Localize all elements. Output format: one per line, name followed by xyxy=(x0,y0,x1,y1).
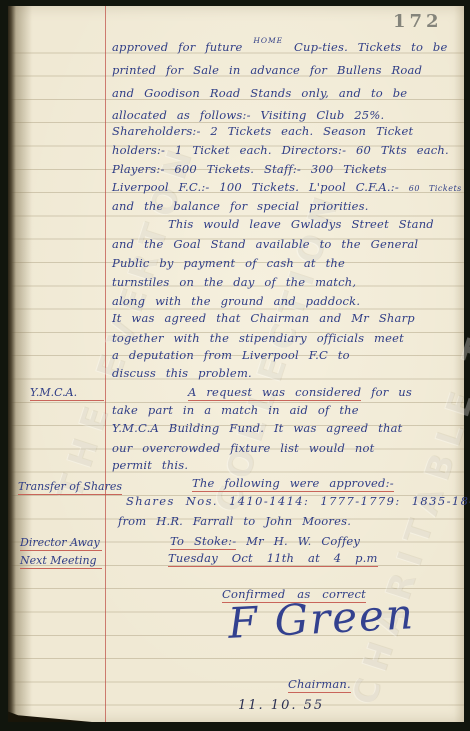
minute-line: turnstiles on the day of the match, xyxy=(112,275,356,289)
margin-note-ymca: Y.M.C.A. xyxy=(30,386,104,401)
minute-line: Liverpool F.C.:- 100 Tickets. L'pool C.F… xyxy=(112,180,462,194)
line-text: Liverpool F.C.:- 100 Tickets. L'pool C.F… xyxy=(112,180,399,194)
minute-line: The following were approved:- xyxy=(192,476,394,492)
minute-line: permit this. xyxy=(112,458,188,472)
minute-line: approved for future HOME Cup-ties. Ticke… xyxy=(112,40,448,54)
line-text: approved for future xyxy=(112,40,242,54)
margin-note-director-away: Director Away xyxy=(20,536,102,551)
minute-line: It was agreed that Chairman and Mr Sharp xyxy=(112,311,415,325)
minute-line: Players:- 600 Tickets. Staff:- 300 Ticke… xyxy=(112,162,387,176)
margin-note-transfer-of-shares: Transfer of Shares xyxy=(18,480,122,495)
underlined-text: To Stoke:- xyxy=(170,534,236,550)
red-margin-rule xyxy=(105,6,106,722)
page-number-stamp: 172 xyxy=(393,11,443,32)
minute-line: A request was considered for us xyxy=(188,385,412,399)
minute-line: allocated as follows:- Visiting Club 25%… xyxy=(112,108,384,122)
minute-line: our overcrowded fixture list would not xyxy=(112,441,374,455)
minute-line: along with the ground and paddock. xyxy=(112,294,360,308)
minute-line: Shareholders:- 2 Tickets each. Season Ti… xyxy=(112,124,413,138)
line-text: Cup-ties. Tickets to be xyxy=(294,40,447,54)
binding-edge xyxy=(8,6,32,722)
minute-line: and the Goal Stand available to the Gene… xyxy=(112,237,418,251)
minute-line: holders:- 1 Ticket each. Directors:- 60 … xyxy=(112,143,449,157)
margin-note-next-meeting: Next Meeting xyxy=(20,554,102,569)
minute-line: and Goodison Road Stands only, and to be xyxy=(112,86,407,100)
inserted-word: HOME xyxy=(253,36,283,45)
line-text-small: 60 Tickets xyxy=(409,184,462,193)
minute-line: discuss this problem. xyxy=(112,366,252,380)
minute-line: take part in a match in aid of the xyxy=(112,403,359,417)
minute-line: printed for Sale in advance for Bullens … xyxy=(112,63,422,77)
line-text: for us xyxy=(361,385,412,399)
minute-line: Shares Nos. 1410-1414: 1777-1779: 1835-1… xyxy=(126,494,470,508)
minute-date: 11. 10. 55 xyxy=(238,698,324,713)
minute-line: a deputation from Liverpool F.C to xyxy=(112,348,350,362)
scanned-minute-book-page: THE EVERTON COLLECTION CHARITABLE TRUST … xyxy=(0,0,470,731)
minute-line: This would leave Gwladys Street Stand xyxy=(168,217,434,231)
chairman-signature: F Green xyxy=(227,589,416,648)
minute-line: together with the stipendiary officials … xyxy=(112,331,404,345)
minute-line: To Stoke:- Mr H. W. Coffey xyxy=(170,534,360,548)
minute-line: Y.M.C.A Building Fund. It was agreed tha… xyxy=(112,421,402,435)
line-text: Mr H. W. Coffey xyxy=(236,534,360,548)
minute-line: from H.R. Farrall to John Moores. xyxy=(118,514,351,528)
minute-line: Public by payment of cash at the xyxy=(112,256,345,270)
chairman-title: Chairman. xyxy=(288,677,351,693)
minute-line: and the balance for special priorities. xyxy=(112,199,369,213)
minute-line: Tuesday Oct 11th at 4 p.m xyxy=(168,551,378,567)
underlined-text: A request was considered xyxy=(188,385,361,401)
